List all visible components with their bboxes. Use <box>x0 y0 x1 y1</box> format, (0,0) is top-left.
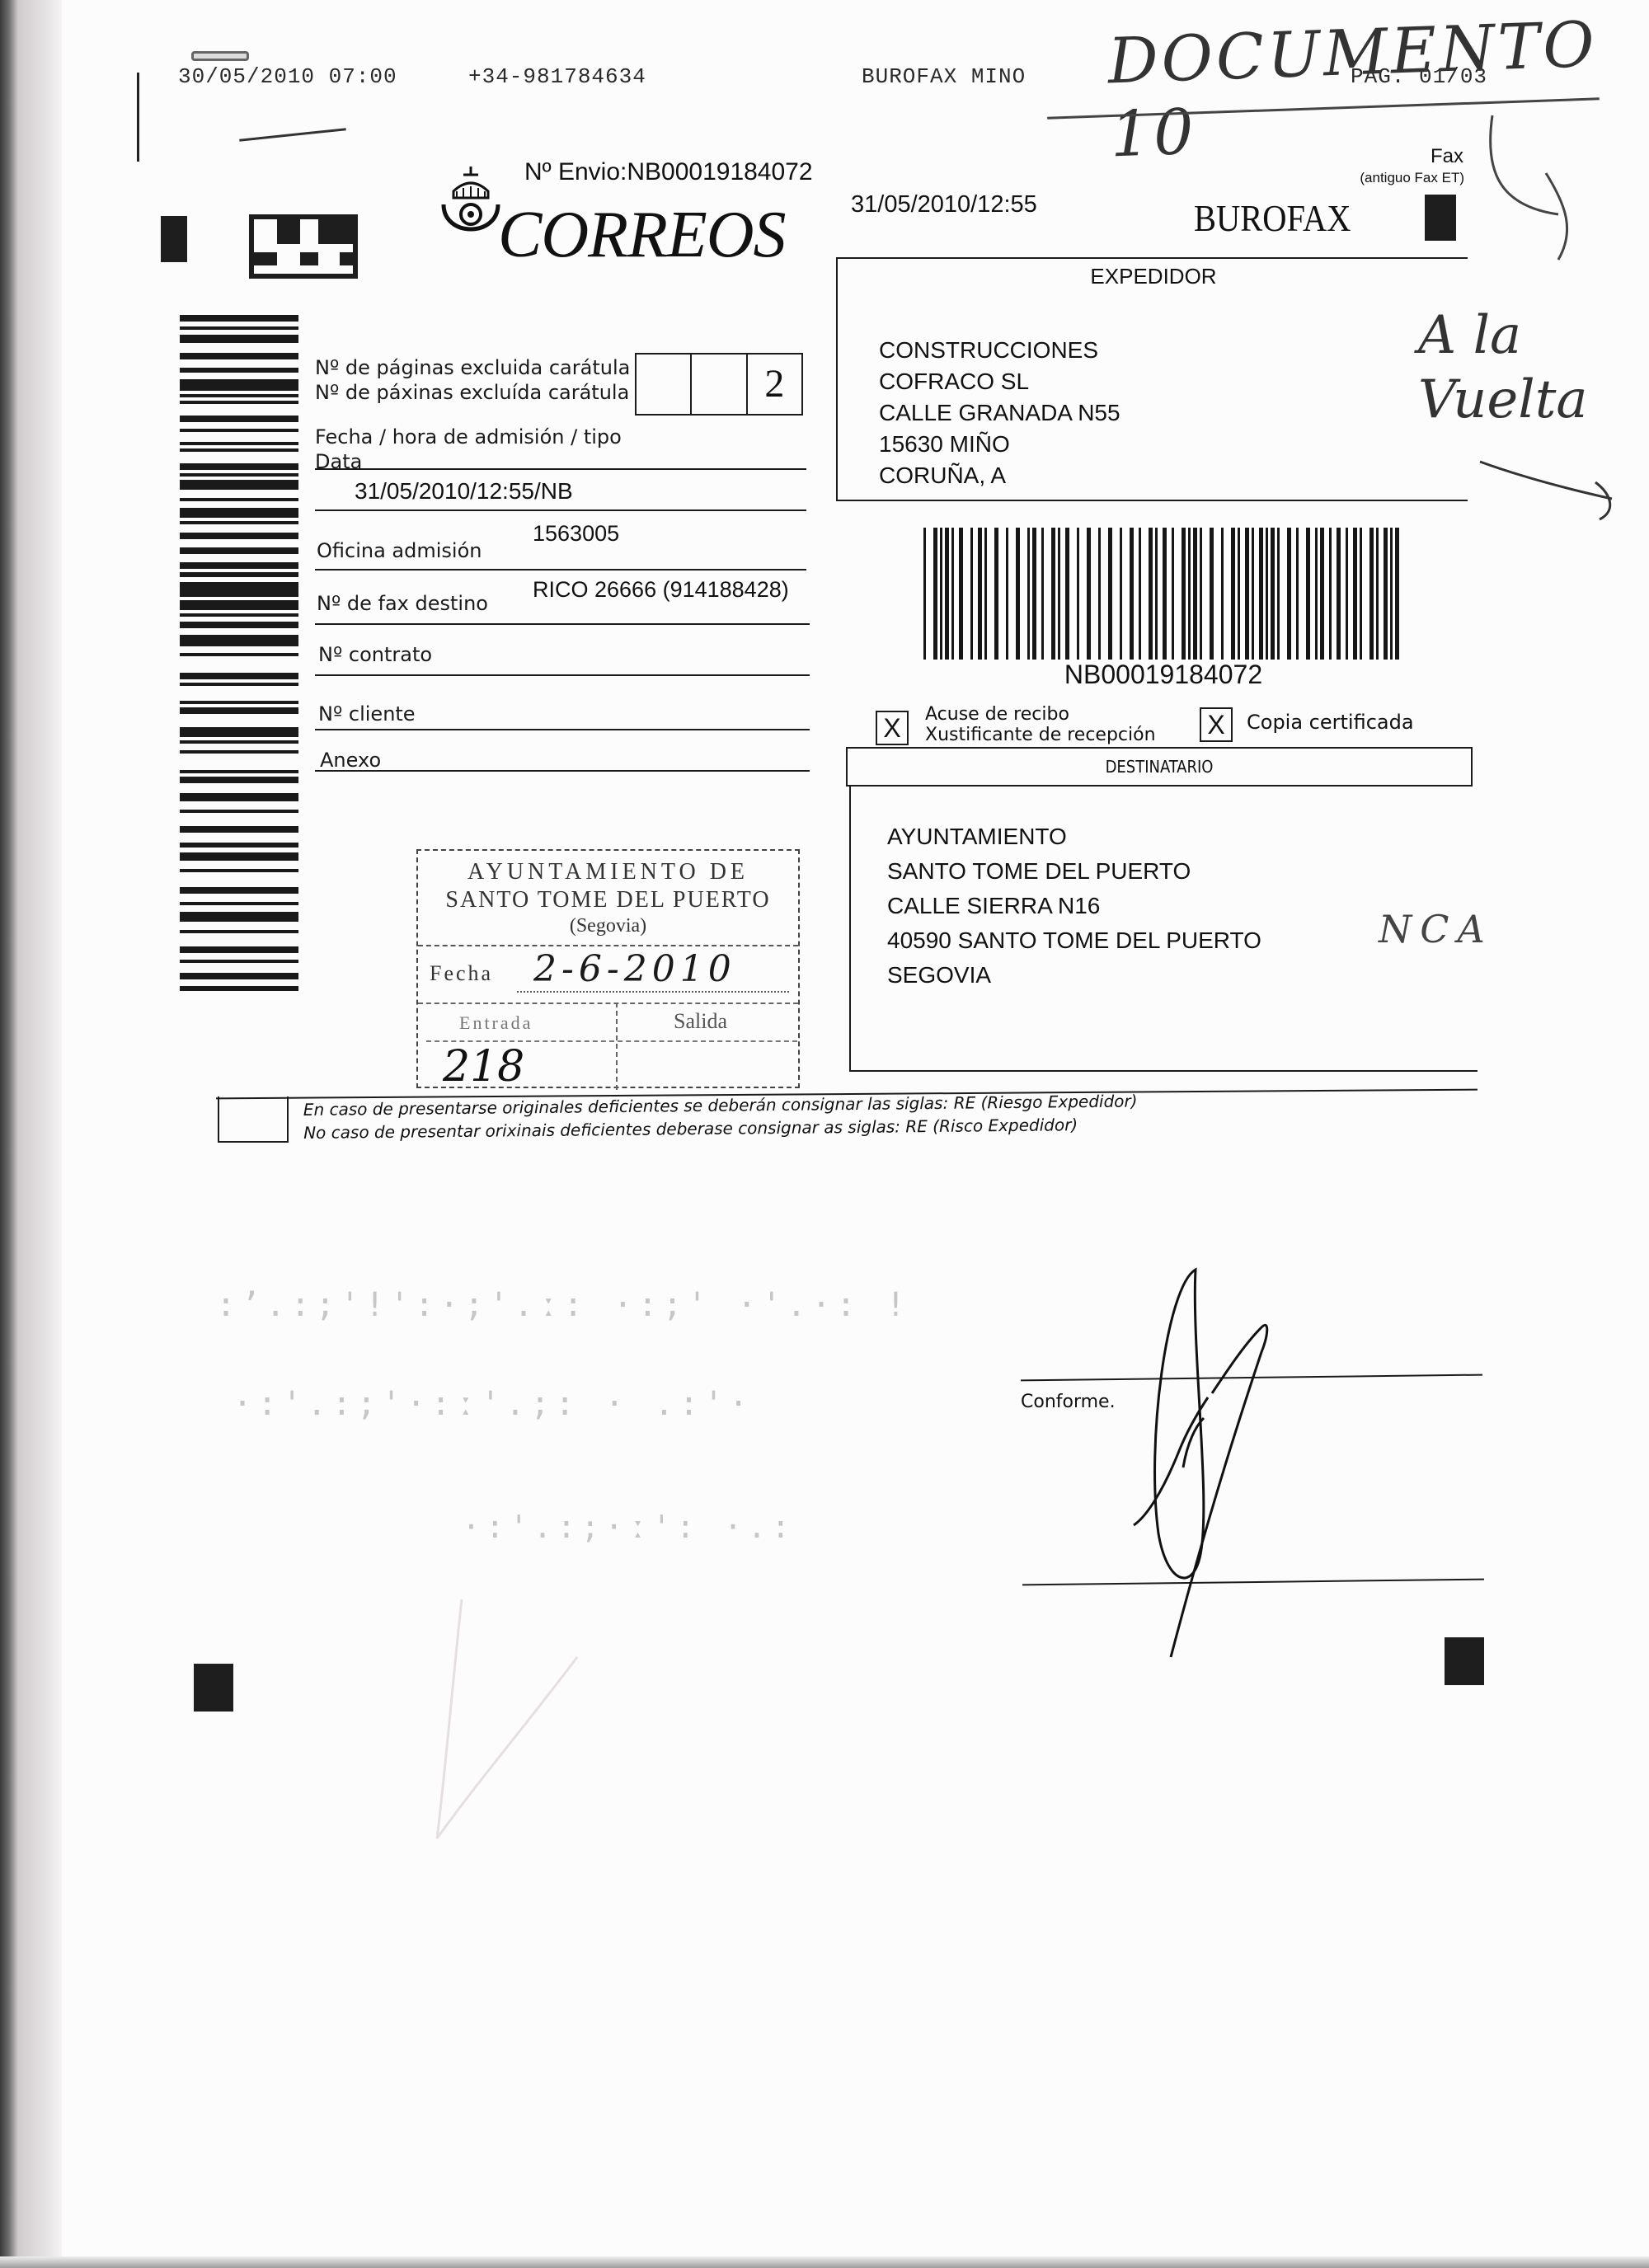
destinatario-box: AYUNTAMIENTO SANTO TOME DEL PUERTO CALLE… <box>849 785 1478 1072</box>
registration-mark <box>1425 195 1456 241</box>
stamp-line-3: (Segovia) <box>418 915 798 937</box>
destinatario-title: DESTINATARIO <box>846 747 1473 787</box>
expedidor-title: EXPEDIDOR <box>838 264 1469 289</box>
check-mark-icon: X <box>883 713 900 743</box>
stamp-entrada-label: Entrada <box>459 1012 533 1034</box>
stamp-fecha-label: Fecha <box>430 961 493 986</box>
fax-sublabel: (antiguo Fax ET) <box>1324 170 1464 186</box>
expedidor-box: EXPEDIDOR CONSTRUCCIONES COFRACO SL CALL… <box>836 257 1468 501</box>
pages-digit-1 <box>637 355 692 414</box>
registry-stamp: AYUNTAMIENTO DE SANTO TOME DEL PUERTO (S… <box>416 849 800 1088</box>
fax-datetime: 30/05/2010 07:00 <box>178 64 397 89</box>
copia-label: Copia certificada <box>1247 711 1414 734</box>
acuse-label-gl: Xustificante de recepción <box>925 725 1156 745</box>
scanner-edge <box>0 0 62 2268</box>
vertical-barcode <box>180 315 300 999</box>
stamp-fecha-value: 2-6-2010 <box>533 948 736 990</box>
shipment-barcode <box>923 528 1403 660</box>
fax-destino-value: RICO 26666 (914188428) <box>533 577 789 603</box>
fax-destino-label: Nº de fax destino <box>317 592 488 615</box>
signature-scribble <box>1121 1253 1319 1665</box>
expedidor-line: COFRACO SL <box>879 366 1120 397</box>
scanner-bottom-edge <box>0 2256 1649 2268</box>
deficient-originals-notice: En caso de presentarse originales defici… <box>303 1089 1138 1144</box>
expedidor-line: CONSTRUCCIONES <box>879 335 1120 366</box>
bleed-through-dots: ·:'.:;'·:ː'.;: · .:'· <box>233 1385 754 1423</box>
stamp-salida-label: Salida <box>674 1009 727 1034</box>
fax-station: BUROFAX MINO <box>862 64 1026 89</box>
destinatario-line: 40590 SANTO TOME DEL PUERTO <box>887 923 1261 958</box>
handwritten-arrow-icon <box>1476 449 1624 524</box>
fax-label: Fax <box>1422 145 1463 168</box>
destinatario-address: AYUNTAMIENTO SANTO TOME DEL PUERTO CALLE… <box>887 819 1261 993</box>
notice-checkbox[interactable] <box>218 1096 289 1143</box>
handwritten-arrow-icon <box>1468 107 1633 272</box>
pen-mark <box>137 73 139 162</box>
stamp-line-2: SANTO TOME DEL PUERTO <box>418 887 798 913</box>
contrato-label: Nº contrato <box>318 643 432 666</box>
expedidor-line: 15630 MIÑO <box>879 429 1120 460</box>
admission-datetime: 31/05/2010/12:55 <box>851 191 1037 218</box>
fecha-label: Fecha / hora de admisión / tipo <box>315 425 622 448</box>
registration-mark <box>161 216 187 262</box>
product-title: BUROFAX <box>1194 196 1351 240</box>
expedidor-line: CORUÑA, A <box>879 460 1120 491</box>
check-mark-icon: X <box>1207 710 1224 740</box>
stamp-entrada-number: 218 <box>443 1042 524 1092</box>
envio-label: Nº Envio:NB00019184072 <box>524 158 813 186</box>
acuse-label: Acuse de recibo Xustificante de recepció… <box>925 704 1156 745</box>
destinatario-line: SANTO TOME DEL PUERTO <box>887 854 1261 889</box>
anexo-label: Anexo <box>320 749 381 772</box>
staple-icon <box>191 51 249 61</box>
faint-pencil-mark <box>412 1591 627 1855</box>
destinatario-line: CALLE SIERRA N16 <box>887 889 1261 923</box>
fax-phone: +34-981784634 <box>468 64 646 89</box>
registration-mark <box>194 1664 233 1712</box>
registration-glyph <box>249 214 358 279</box>
envio-prefix: Nº Envio: <box>524 158 627 185</box>
pages-digit-2 <box>692 355 747 414</box>
expedidor-line: CALLE GRANADA N55 <box>879 397 1120 429</box>
expedidor-address: CONSTRUCCIONES COFRACO SL CALLE GRANADA … <box>879 335 1120 491</box>
oficina-value: 1563005 <box>533 521 619 547</box>
pages-label-es: Nº de páginas excluida carátula <box>315 356 630 379</box>
envio-number: NB00019184072 <box>627 158 812 185</box>
bleed-through-dots: :ʼ.:;'!':·;'.ː: ·:;' ·'.·: ! <box>216 1286 910 1324</box>
pages-label-gl: Nº de páxinas excluída carátula <box>315 381 629 404</box>
pages-digit-3: 2 <box>748 355 801 414</box>
barcode-number: NB00019184072 <box>923 660 1403 690</box>
fecha-value: 31/05/2010/12:55/NB <box>355 478 573 505</box>
destinatario-line: SEGOVIA <box>887 958 1261 993</box>
destinatario-line: AYUNTAMIENTO <box>887 819 1261 854</box>
stamp-line-1: AYUNTAMIENTO DE <box>418 859 798 885</box>
copia-checkbox[interactable]: X <box>1200 707 1233 742</box>
bleed-through-dots: ·:'.:;·ː': ·.: <box>462 1509 795 1545</box>
signature-label: Conforme. <box>1021 1392 1116 1412</box>
registration-mark <box>1445 1637 1484 1685</box>
correos-crown-horn-icon <box>439 163 503 239</box>
cliente-label: Nº cliente <box>318 702 416 725</box>
oficina-label: Oficina admisión <box>317 539 482 562</box>
acuse-checkbox[interactable]: X <box>876 711 909 745</box>
acuse-label-es: Acuse de recibo <box>925 704 1156 725</box>
pages-count-boxes[interactable]: 2 <box>635 353 803 416</box>
correos-logo-text: CORREOS <box>498 198 786 273</box>
